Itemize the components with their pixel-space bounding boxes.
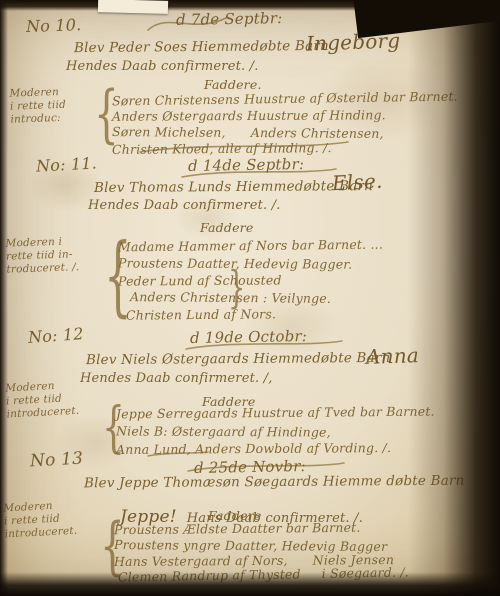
fadder-line: Proustens Daatter, Hedevig Bagger. bbox=[118, 255, 352, 271]
entry-number: No: 12 bbox=[27, 324, 84, 347]
register-page-photo: No 10. d 7de Septbr: N. 14. Blev Peder S… bbox=[0, 0, 500, 596]
page-marker-tab bbox=[98, 0, 168, 14]
child-name: Else. bbox=[331, 169, 383, 196]
faddere-heading: Faddere. bbox=[204, 77, 262, 92]
faddere-heading: Faddere bbox=[200, 220, 253, 235]
fadder-line: Jeppe Serregaards Huustrue af Tved bar B… bbox=[116, 404, 435, 422]
fadder-line: Peder Lund af Schousted bbox=[118, 272, 282, 288]
margin-note-line: troduceret. /. bbox=[6, 260, 102, 276]
margin-note: Moderen i rette tiid introduceret. bbox=[5, 378, 103, 422]
fadder-line: Anna Lund, Anders Dowbold af Vording. /. bbox=[116, 440, 391, 457]
entry-date: d 19de Octobr: bbox=[190, 327, 307, 347]
entry-main-line: Blev Jeppe Thomæsøn Søegaards Hiemme døb… bbox=[84, 473, 465, 492]
confirmation-line: Hendes Daab confirmeret. /. bbox=[66, 59, 259, 74]
child-name: Ingeborg bbox=[306, 28, 401, 55]
entry-main-line: Blev Peder Soes Hiemmedøbte Barn bbox=[74, 38, 329, 56]
entry-number: No 13 bbox=[30, 449, 84, 472]
margin-note-line: introduc: bbox=[10, 110, 106, 126]
fadder-line: Anders Østergaards Huustrue af Hinding. bbox=[112, 107, 386, 123]
margin-note: Moderen i rette tiid introduceret. bbox=[3, 498, 101, 542]
entry-date: d 7de Septbr: bbox=[176, 9, 283, 29]
margin-note: Moderen i rette tiid in- troduceret. /. bbox=[5, 234, 102, 276]
fadder-line: Niels B: Østergaard af Hindinge, bbox=[116, 423, 331, 439]
fadder-line: Christen Lund af Nors. bbox=[126, 306, 276, 322]
fadder-line: Søren Christensens Huustrue af Østerild … bbox=[112, 89, 458, 109]
entry-main-line: Blev Niels Østergaards Hiemmedøbte Barn bbox=[86, 350, 391, 368]
entry-date: d 14de Septbr: bbox=[188, 155, 304, 175]
fadder-line: Anders Christensen : Veilynge. bbox=[130, 289, 331, 306]
confirmation-line: Hendes Daab confirmeret. /. bbox=[88, 198, 281, 213]
entry-number: No: 11. bbox=[36, 153, 98, 175]
confirmation-line: Hendes Daab confirmeret. /, bbox=[80, 371, 273, 386]
fadder-line: Søren Michelsen, Anders Christensen, bbox=[112, 124, 384, 141]
entry-number: No 10. bbox=[26, 15, 82, 36]
fadder-line: Madame Hammer af Nors bar Barnet. ... bbox=[118, 237, 383, 255]
margin-note: Moderen i rette tiid introduc: bbox=[9, 84, 106, 126]
fadder-line: Proustens Ældste Daatter bar Barnet. bbox=[114, 520, 361, 538]
child-name: Anna bbox=[366, 343, 420, 369]
